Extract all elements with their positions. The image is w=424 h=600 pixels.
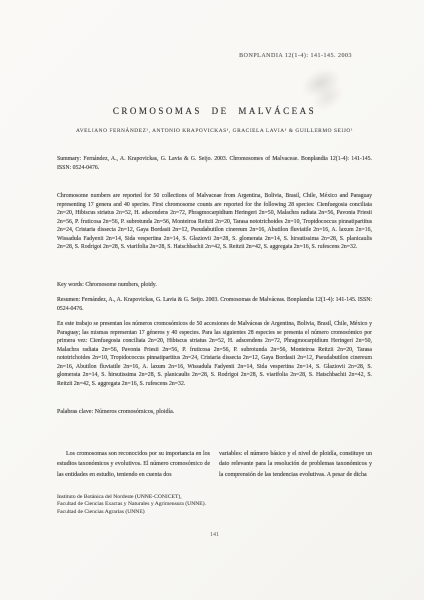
- intro-column-left: Los cromosomas son reconocidos por su im…: [57, 449, 210, 480]
- resumen-citation: Fernández, A., A. Krapovickas, G. Lavia …: [57, 297, 372, 312]
- footnote-line: Facultad de Ciencias Exactas y Naturales…: [57, 501, 357, 508]
- keywords-en-text: Chromosome numbers, ploidy.: [85, 282, 156, 288]
- summary-en-label: Summary:: [57, 156, 81, 162]
- authors-line: AVELIANO FERNÁNDEZ¹, ANTONIO KRAPOVICKAS…: [42, 128, 387, 134]
- keywords-en-line: Key words: Chromosome numbers, ploidy.: [57, 281, 372, 290]
- summary-en-citation: Fernández, A., A. Krapovickas, G. Lavia …: [57, 156, 372, 171]
- palabras-clave-text: Números cromosómicos, ploidía.: [95, 409, 175, 415]
- intro-two-column-text: Los cromosomas son reconocidos por su im…: [57, 449, 372, 480]
- resumen-label: Resumen:: [57, 297, 80, 303]
- palabras-clave-line: Palabras clave: Números cromosómicos, pl…: [57, 408, 372, 417]
- page-number: 141: [57, 532, 372, 538]
- abstract-en-paragraph: Chromosome numbers are reported for 50 c…: [57, 192, 372, 252]
- keywords-en-label: Key words:: [57, 282, 84, 288]
- footnote-line: Facultad de Ciencias Agrarias (UNNE): [57, 509, 357, 516]
- journal-header: BONPLANDIA 12(1-4): 141-145. 2003: [239, 53, 352, 59]
- footnote-block: Instituto de Botánica del Nordeste (UNNE…: [57, 494, 357, 516]
- page-title: CROMOSOMAS DE MALVÁCEAS: [57, 106, 372, 116]
- palabras-clave-label: Palabras clave:: [57, 409, 93, 415]
- summary-en-paragraph: Summary: Fernández, A., A. Krapovickas, …: [57, 155, 372, 172]
- scanned-page: BONPLANDIA 12(1-4): 141-145. 2003 CROMOS…: [0, 0, 424, 600]
- intro-column-right: variables: el número básico y el nivel d…: [219, 449, 372, 480]
- abstract-es-paragraph: En este trabajo se presentan los números…: [57, 320, 372, 388]
- resumen-paragraph: Resumen: Fernández, A., A. Krapovickas, …: [57, 296, 372, 313]
